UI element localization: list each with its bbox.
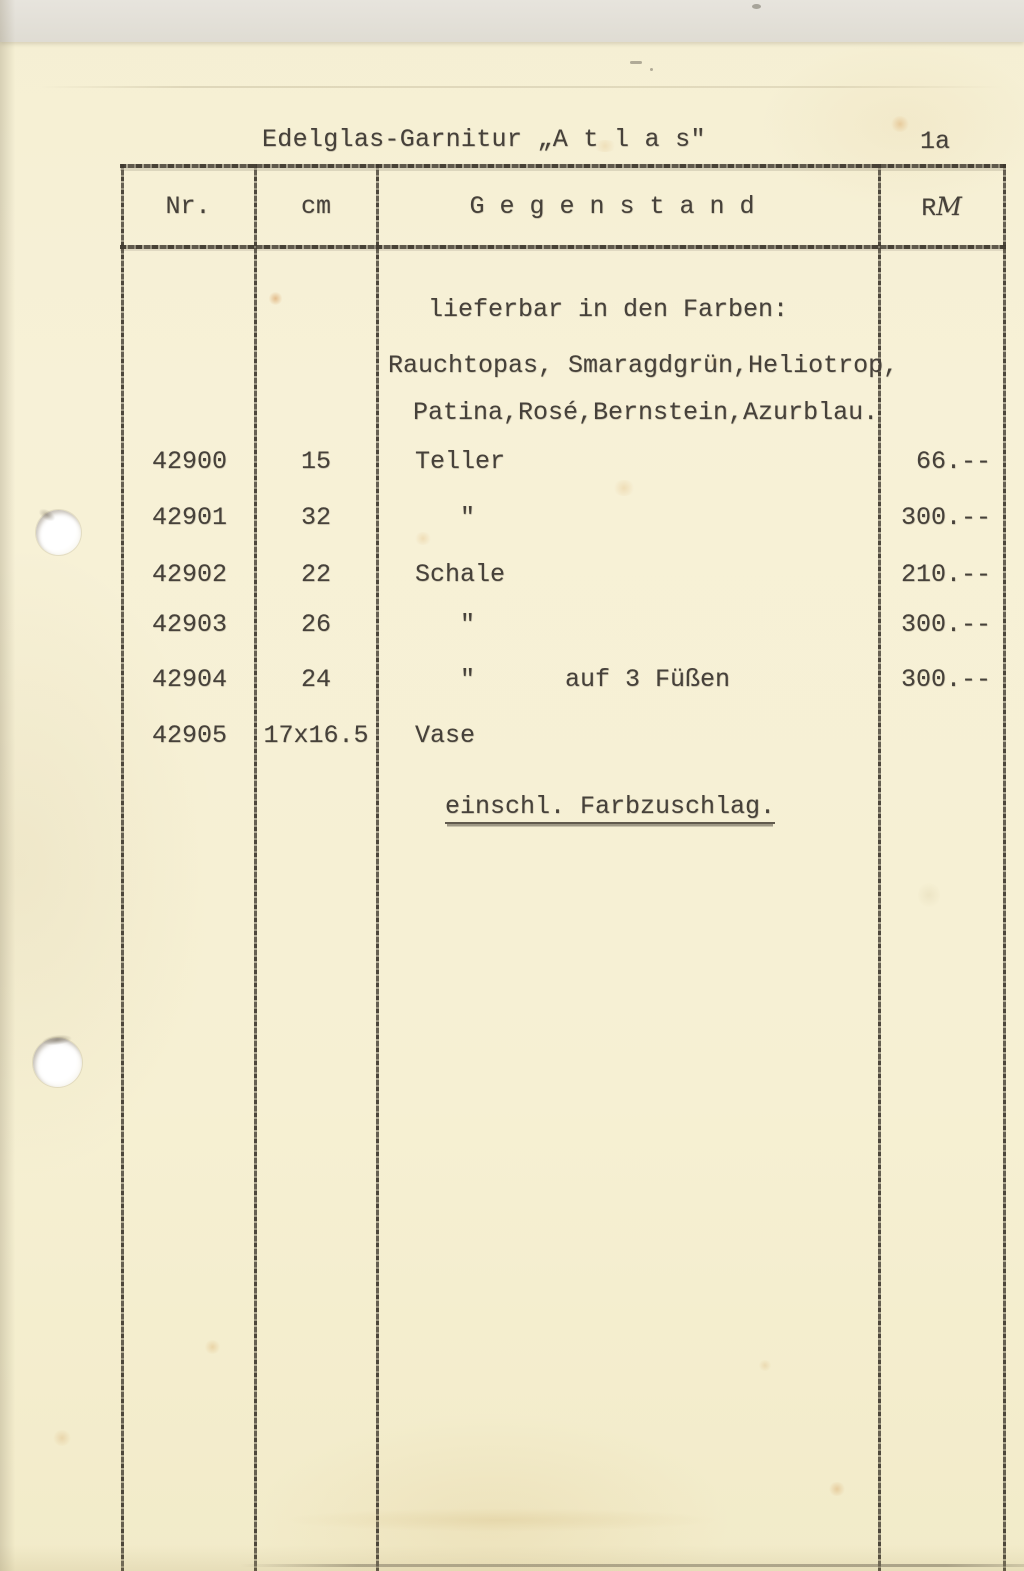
- stain: [828, 1482, 846, 1496]
- table-border-top: [120, 164, 1006, 168]
- row-nr: 42904: [152, 666, 227, 694]
- row-cm: 26: [255, 611, 377, 639]
- column-header-cm: cm: [255, 193, 377, 221]
- stain: [758, 1360, 772, 1371]
- intro-line-colors-heading: lieferbar in den Farben:: [428, 296, 788, 324]
- scanned-document-page: Edelglas-Garnitur „A t l a s" 1a Nr. cm …: [0, 0, 1024, 1571]
- row-price: 210.--: [879, 561, 991, 589]
- table-header-separator: [120, 245, 1006, 249]
- document-title: Edelglas-Garnitur „A t l a s": [262, 126, 706, 154]
- column-header-nr: Nr.: [121, 193, 255, 221]
- ink-speck: [650, 68, 653, 71]
- table-row: 42902 22 Schale 210.--: [0, 561, 1024, 589]
- row-item: Vase: [415, 722, 475, 750]
- column-divider-nr-cm: [254, 164, 257, 1571]
- ink-speck: [752, 4, 761, 9]
- footer-note-text: einschl. Farbzuschlag.: [445, 793, 775, 824]
- rm-label-m: M: [936, 192, 962, 221]
- row-nr: 42900: [152, 448, 227, 476]
- intro-line-colors-2: Patina,Rosé,Bernstein,Azurblau.: [413, 399, 878, 427]
- row-nr: 42903: [152, 611, 227, 639]
- table-row: 42901 32 " 300.--: [0, 504, 1024, 532]
- stain: [280, 1508, 720, 1532]
- stain: [414, 532, 432, 545]
- page-left-edge-shadow: [0, 0, 18, 1571]
- column-divider-cm-item: [376, 164, 379, 1571]
- intro-line-colors-1: Rauchtopas, Smaragdgrün,Heliotrop,: [388, 352, 898, 380]
- scanner-background-strip: [0, 0, 1024, 42]
- row-cm: 22: [255, 561, 377, 589]
- column-header-rm: RM: [879, 193, 1004, 223]
- table-border-left: [121, 164, 124, 1571]
- stain: [592, 140, 618, 152]
- row-price: 66.--: [879, 448, 991, 476]
- punch-hole-bottom: [33, 1038, 82, 1087]
- page-number: 1a: [920, 128, 950, 156]
- table-row: 42905 17x16.5 Vase: [0, 722, 1024, 750]
- row-cm: 32: [255, 504, 377, 532]
- rm-label-r: R: [921, 194, 936, 223]
- row-item-ditto: ": [415, 504, 475, 532]
- row-item: Teller: [415, 448, 505, 476]
- row-price: 300.--: [879, 611, 991, 639]
- page-bottom-shade: [0, 1545, 1024, 1571]
- row-nr: 42905: [152, 722, 227, 750]
- stain: [918, 880, 940, 910]
- row-cm: 17x16.5: [255, 722, 377, 750]
- ink-speck: [630, 61, 642, 64]
- paper-crease-line: [0, 86, 1024, 88]
- table-border-right: [1003, 164, 1006, 1571]
- row-item-ditto: " auf 3 Füßen: [415, 666, 730, 694]
- page-bottom-edge: [240, 1564, 1024, 1567]
- footer-note: einschl. Farbzuschlag.: [445, 793, 775, 824]
- row-item: Schale: [415, 561, 505, 589]
- row-cm: 24: [255, 666, 377, 694]
- row-nr: 42901: [152, 504, 227, 532]
- punch-hole-top: [36, 510, 81, 555]
- column-header-gegenstand: G e g e n s t a n d: [377, 193, 847, 221]
- row-item-ditto: ": [415, 611, 475, 639]
- table-row: 42903 26 " 300.--: [0, 611, 1024, 639]
- row-nr: 42902: [152, 561, 227, 589]
- stain: [268, 292, 283, 305]
- stain: [612, 480, 636, 496]
- table-row: 42904 24 " auf 3 Füßen 300.--: [0, 666, 1024, 694]
- stain: [52, 1430, 72, 1446]
- stain: [890, 116, 910, 132]
- table-row: 42900 15 Teller 66.--: [0, 448, 1024, 476]
- row-cm: 15: [255, 448, 377, 476]
- row-price: 300.--: [879, 666, 991, 694]
- stain: [204, 1340, 221, 1354]
- row-price: 300.--: [879, 504, 991, 532]
